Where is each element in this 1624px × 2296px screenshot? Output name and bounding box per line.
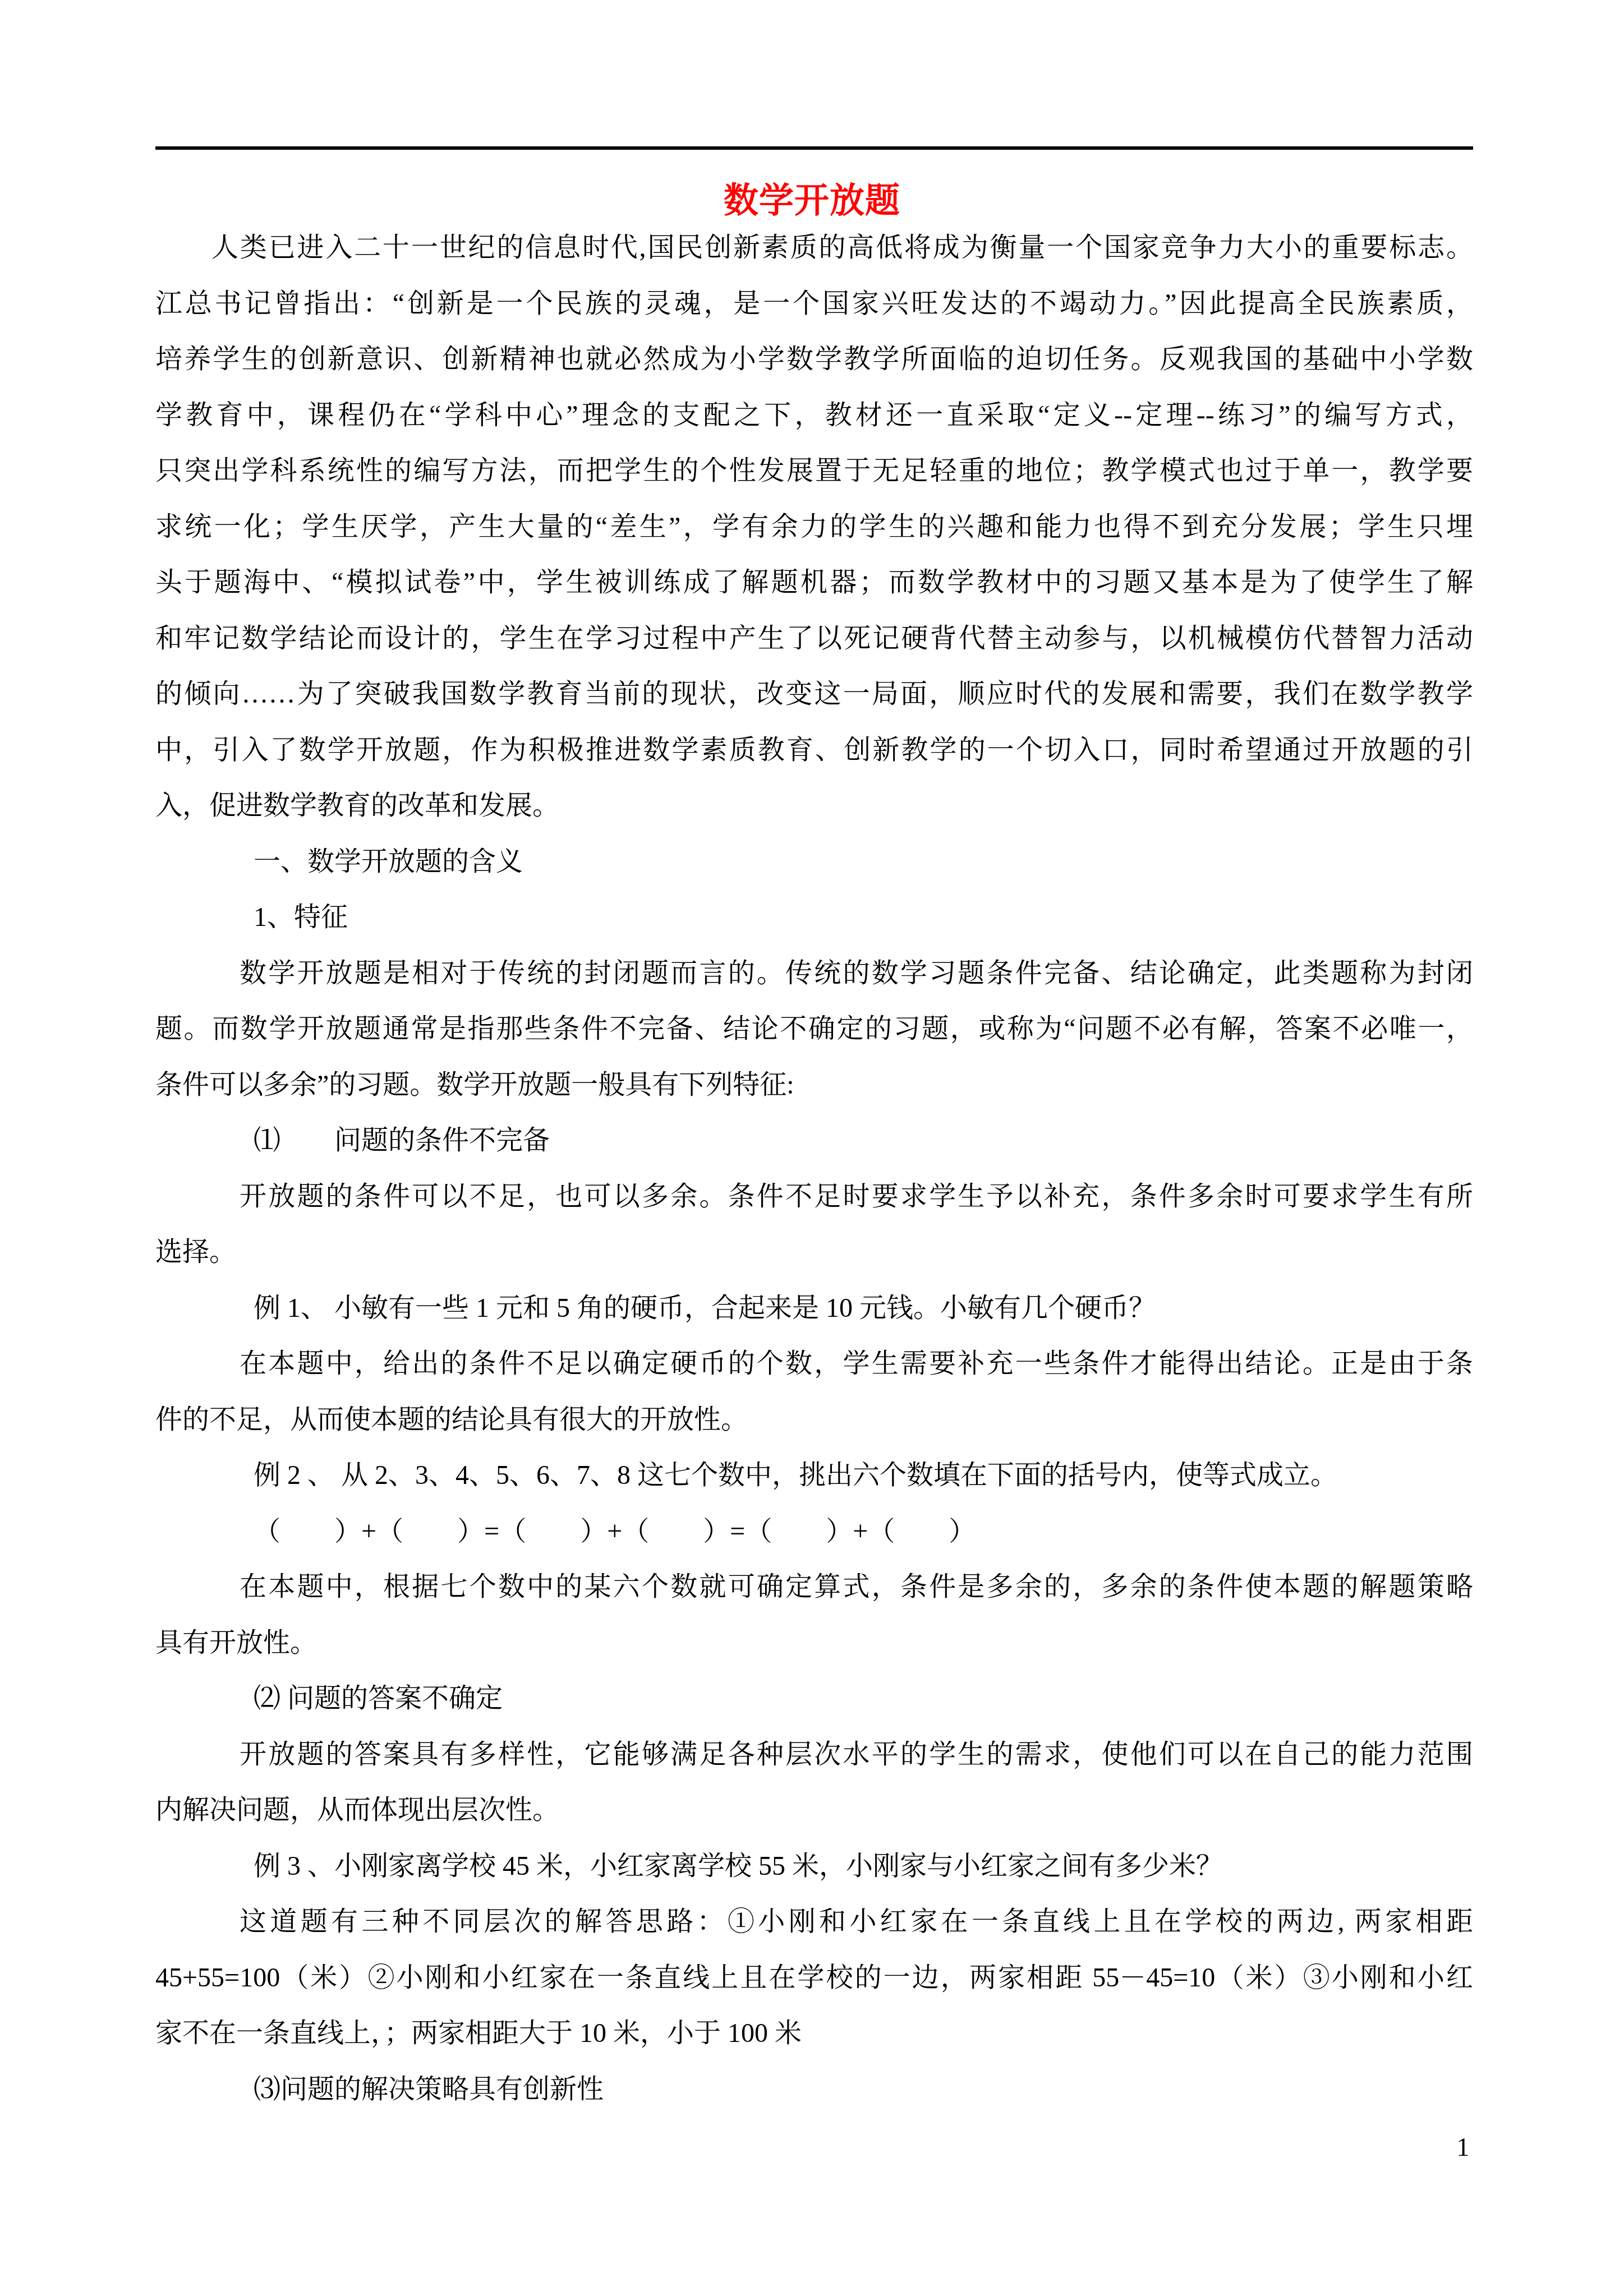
text-line: 例 2 、 从 2、3、4、5、6、7、8 这七个数中，挑出六个数填在下面的括号… (155, 1447, 1473, 1504)
text-line: 人类已进入二十一世纪的信息时代,国民创新素质的高低将成为衡量一个国家竞争力大小的… (155, 220, 1473, 276)
body-text: 人类已进入二十一世纪的信息时代,国民创新素质的高低将成为衡量一个国家竞争力大小的… (155, 220, 1473, 2117)
text-line: 培养学生的创新意识、创新精神也就必然成为小学数学教学所面临的迫切任务。反观我国的… (155, 331, 1473, 388)
text-line: 件的不足，从而使本题的结论具有很大的开放性。 (155, 1392, 1473, 1448)
document-page: 数学开放题 人类已进入二十一世纪的信息时代,国民创新素质的高低将成为衡量一个国家… (0, 0, 1624, 2296)
text-line: 1、特征 (155, 889, 1473, 946)
page-number: 1 (1436, 2120, 1490, 2174)
text-line: 选择。 (155, 1224, 1473, 1280)
text-line: 45+55=100（米）②小刚和小红家在一条直线上且在学校的一边，两家相距 55… (155, 1950, 1473, 2006)
text-line: 在本题中，给出的条件不足以确定硬币的个数，学生需要补充一些条件才能得出结论。正是… (155, 1336, 1473, 1392)
text-line: 例 1、 小敏有一些 1 元和 5 角的硬币，合起来是 10 元钱。小敏有几个硬… (155, 1280, 1473, 1336)
text-line: ⑵ 问题的答案不确定 (155, 1671, 1473, 1727)
text-line: 和牢记数学结论而设计的，学生在学习过程中产生了以死记硬背代替主动参与，以机械模仿… (155, 611, 1473, 667)
text-line: 入，促进数学教育的改革和发展。 (155, 778, 1473, 834)
text-line: 开放题的条件可以不足，也可以多余。条件不足时要求学生予以补充，条件多余时可要求学… (155, 1169, 1473, 1225)
text-line: 只突出学科系统性的编写方法，而把学生的个性发展置于无足轻重的地位；教学模式也过于… (155, 443, 1473, 499)
text-line: 数学开放题是相对于传统的封闭题而言的。传统的数学习题条件完备、结论确定，此类题称… (155, 946, 1473, 1002)
text-line: 家不在一条直线上，；两家相距大于 10 米，小于 100 米 (155, 2005, 1473, 2062)
text-line: ⑶问题的解决策略具有创新性 (155, 2062, 1473, 2118)
text-line: 一、数学开放题的含义 (155, 834, 1473, 890)
text-line: ⑴ 问题的条件不完备 (155, 1113, 1473, 1169)
text-line: 例 3 、小刚家离学校 45 米，小红家离学校 55 米，小刚家与小红家之间有多… (155, 1838, 1473, 1894)
text-line: 题。而数学开放题通常是指那些条件不完备、结论不确定的习题，或称为“问题不必有解，… (155, 1001, 1473, 1057)
text-line: 求统一化；学生厌学，产生大量的“差生”，学有余力的学生的兴趣和能力也得不到充分发… (155, 499, 1473, 555)
text-line: 具有开放性。 (155, 1615, 1473, 1671)
text-line: 这道题有三种不同层次的解答思路：①小刚和小红家在一条直线上且在学校的两边, 两家… (155, 1894, 1473, 1950)
text-line: 条件可以多余”的习题。数学开放题一般具有下列特征: (155, 1057, 1473, 1113)
text-line: 的倾向……为了突破我国数学教育当前的现状，改变这一局面，顺应时代的发展和需要，我… (155, 666, 1473, 722)
text-line: 中，引入了数学开放题，作为积极推进数学素质教育、创新教学的一个切入口，同时希望通… (155, 722, 1473, 778)
text-line: 在本题中，根据七个数中的某六个数就可确定算式，条件是多余的，多余的条件使本题的解… (155, 1559, 1473, 1615)
text-line: 开放题的答案具有多样性，它能够满足各种层次水平的学生的需求，使他们可以在自己的能… (155, 1727, 1473, 1783)
text-line: 头于题海中、“模拟试卷”中，学生被训练成了解题机器；而数学教材中的习题又基本是为… (155, 555, 1473, 611)
text-line: （ ）+（ ）=（ ）+（ ）=（ ）+（ ） (155, 1504, 1473, 1560)
top-rule (155, 146, 1473, 150)
text-line: 江总书记曾指出：“创新是一个民族的灵魂，是一个国家兴旺发达的不竭动力。”因此提高… (155, 276, 1473, 332)
text-line: 学教育中，课程仍在“学科中心”理念的支配之下，教材还一直采取“定义--定理--练… (155, 388, 1473, 444)
page-title: 数学开放题 (0, 182, 1624, 220)
text-line: 内解决问题，从而体现出层次性。 (155, 1782, 1473, 1838)
